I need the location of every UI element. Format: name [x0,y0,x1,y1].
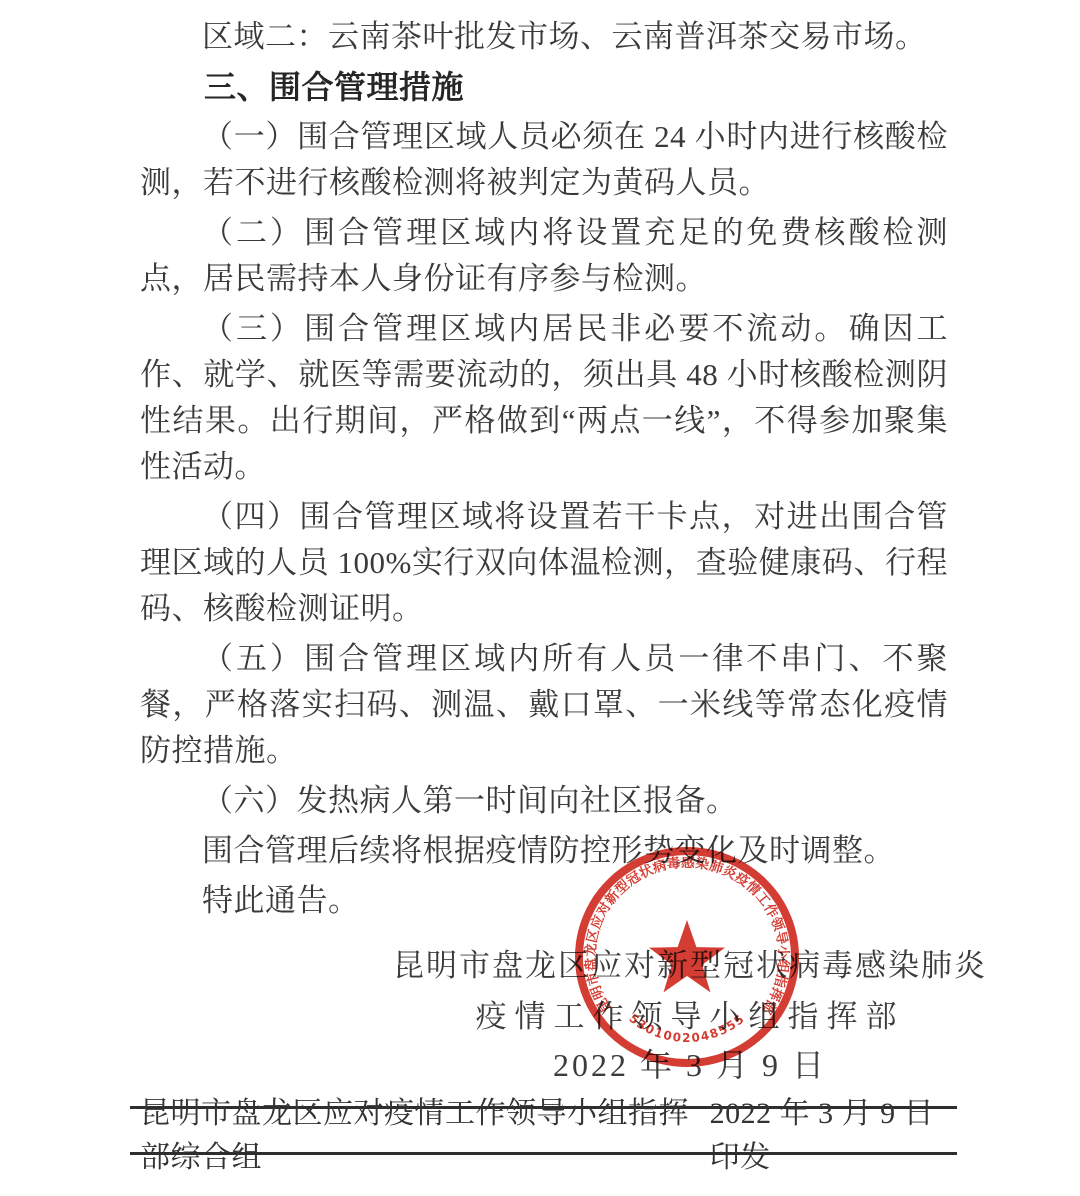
measure-paragraph-1: （一）围合管理区域人员必须在 24 小时内进行核酸检测，若不进行核酸检测将被判定… [140,114,948,206]
measure-paragraph-6: （六）发热病人第一时间向社区报备。 [140,778,948,824]
signature-org-line2: 疫情工作领导小组指挥部 [390,997,990,1045]
signature-date: 2022 年 3 月 9 日 [390,1045,990,1089]
document-page: 区域二：云南茶叶批发市场、云南普洱茶交易市场。 三、围合管理措施 （一）围合管理… [0,0,1080,1196]
measure-paragraph-4: （四）围合管理区域将设置若干卡点，对进出围合管理区域的人员 100%实行双向体温… [140,494,948,632]
section-heading: 三、围合管理措施 [140,64,948,110]
measure-paragraph-2: （二）围合管理区域内将设置充足的免费核酸检测点，居民需持本人身份证有序参与检测。 [140,210,948,302]
measure-paragraph-5: （五）围合管理区域内所有人员一律不串门、不聚餐，严格落实扫码、测温、戴口罩、一米… [140,636,948,774]
measure-paragraph-3: （三）围合管理区域内居民非必要不流动。确因工作、就学、就医等需要流动的，须出具 … [140,306,948,490]
notice-body: 区域二：云南茶叶批发市场、云南普洱茶交易市场。 三、围合管理措施 （一）围合管理… [140,0,948,928]
signature-block: 昆明市盘龙区应对新型冠状病毒感染肺炎 疫情工作领导小组指挥部 2022 年 3 … [390,946,990,1089]
footer-rule-bottom [130,1152,957,1155]
closing-notice-line: 特此通告。 [140,878,948,924]
signature-org-line1: 昆明市盘龙区应对新型冠状病毒感染肺炎 [390,946,990,997]
footer-issuing-office: 昆明市盘龙区应对疫情工作领导小组指挥部综合组 [140,1088,710,1176]
footer: 昆明市盘龙区应对疫情工作领导小组指挥部综合组 2022 年 3 月 9 日印发 [140,1112,952,1152]
intro-paragraph: 区域二：云南茶叶批发市场、云南普洱茶交易市场。 [140,14,948,60]
closing-adjustment-line: 围合管理后续将根据疫情防控形势变化及时调整。 [140,828,948,874]
footer-print-date: 2022 年 3 月 9 日印发 [710,1088,952,1176]
